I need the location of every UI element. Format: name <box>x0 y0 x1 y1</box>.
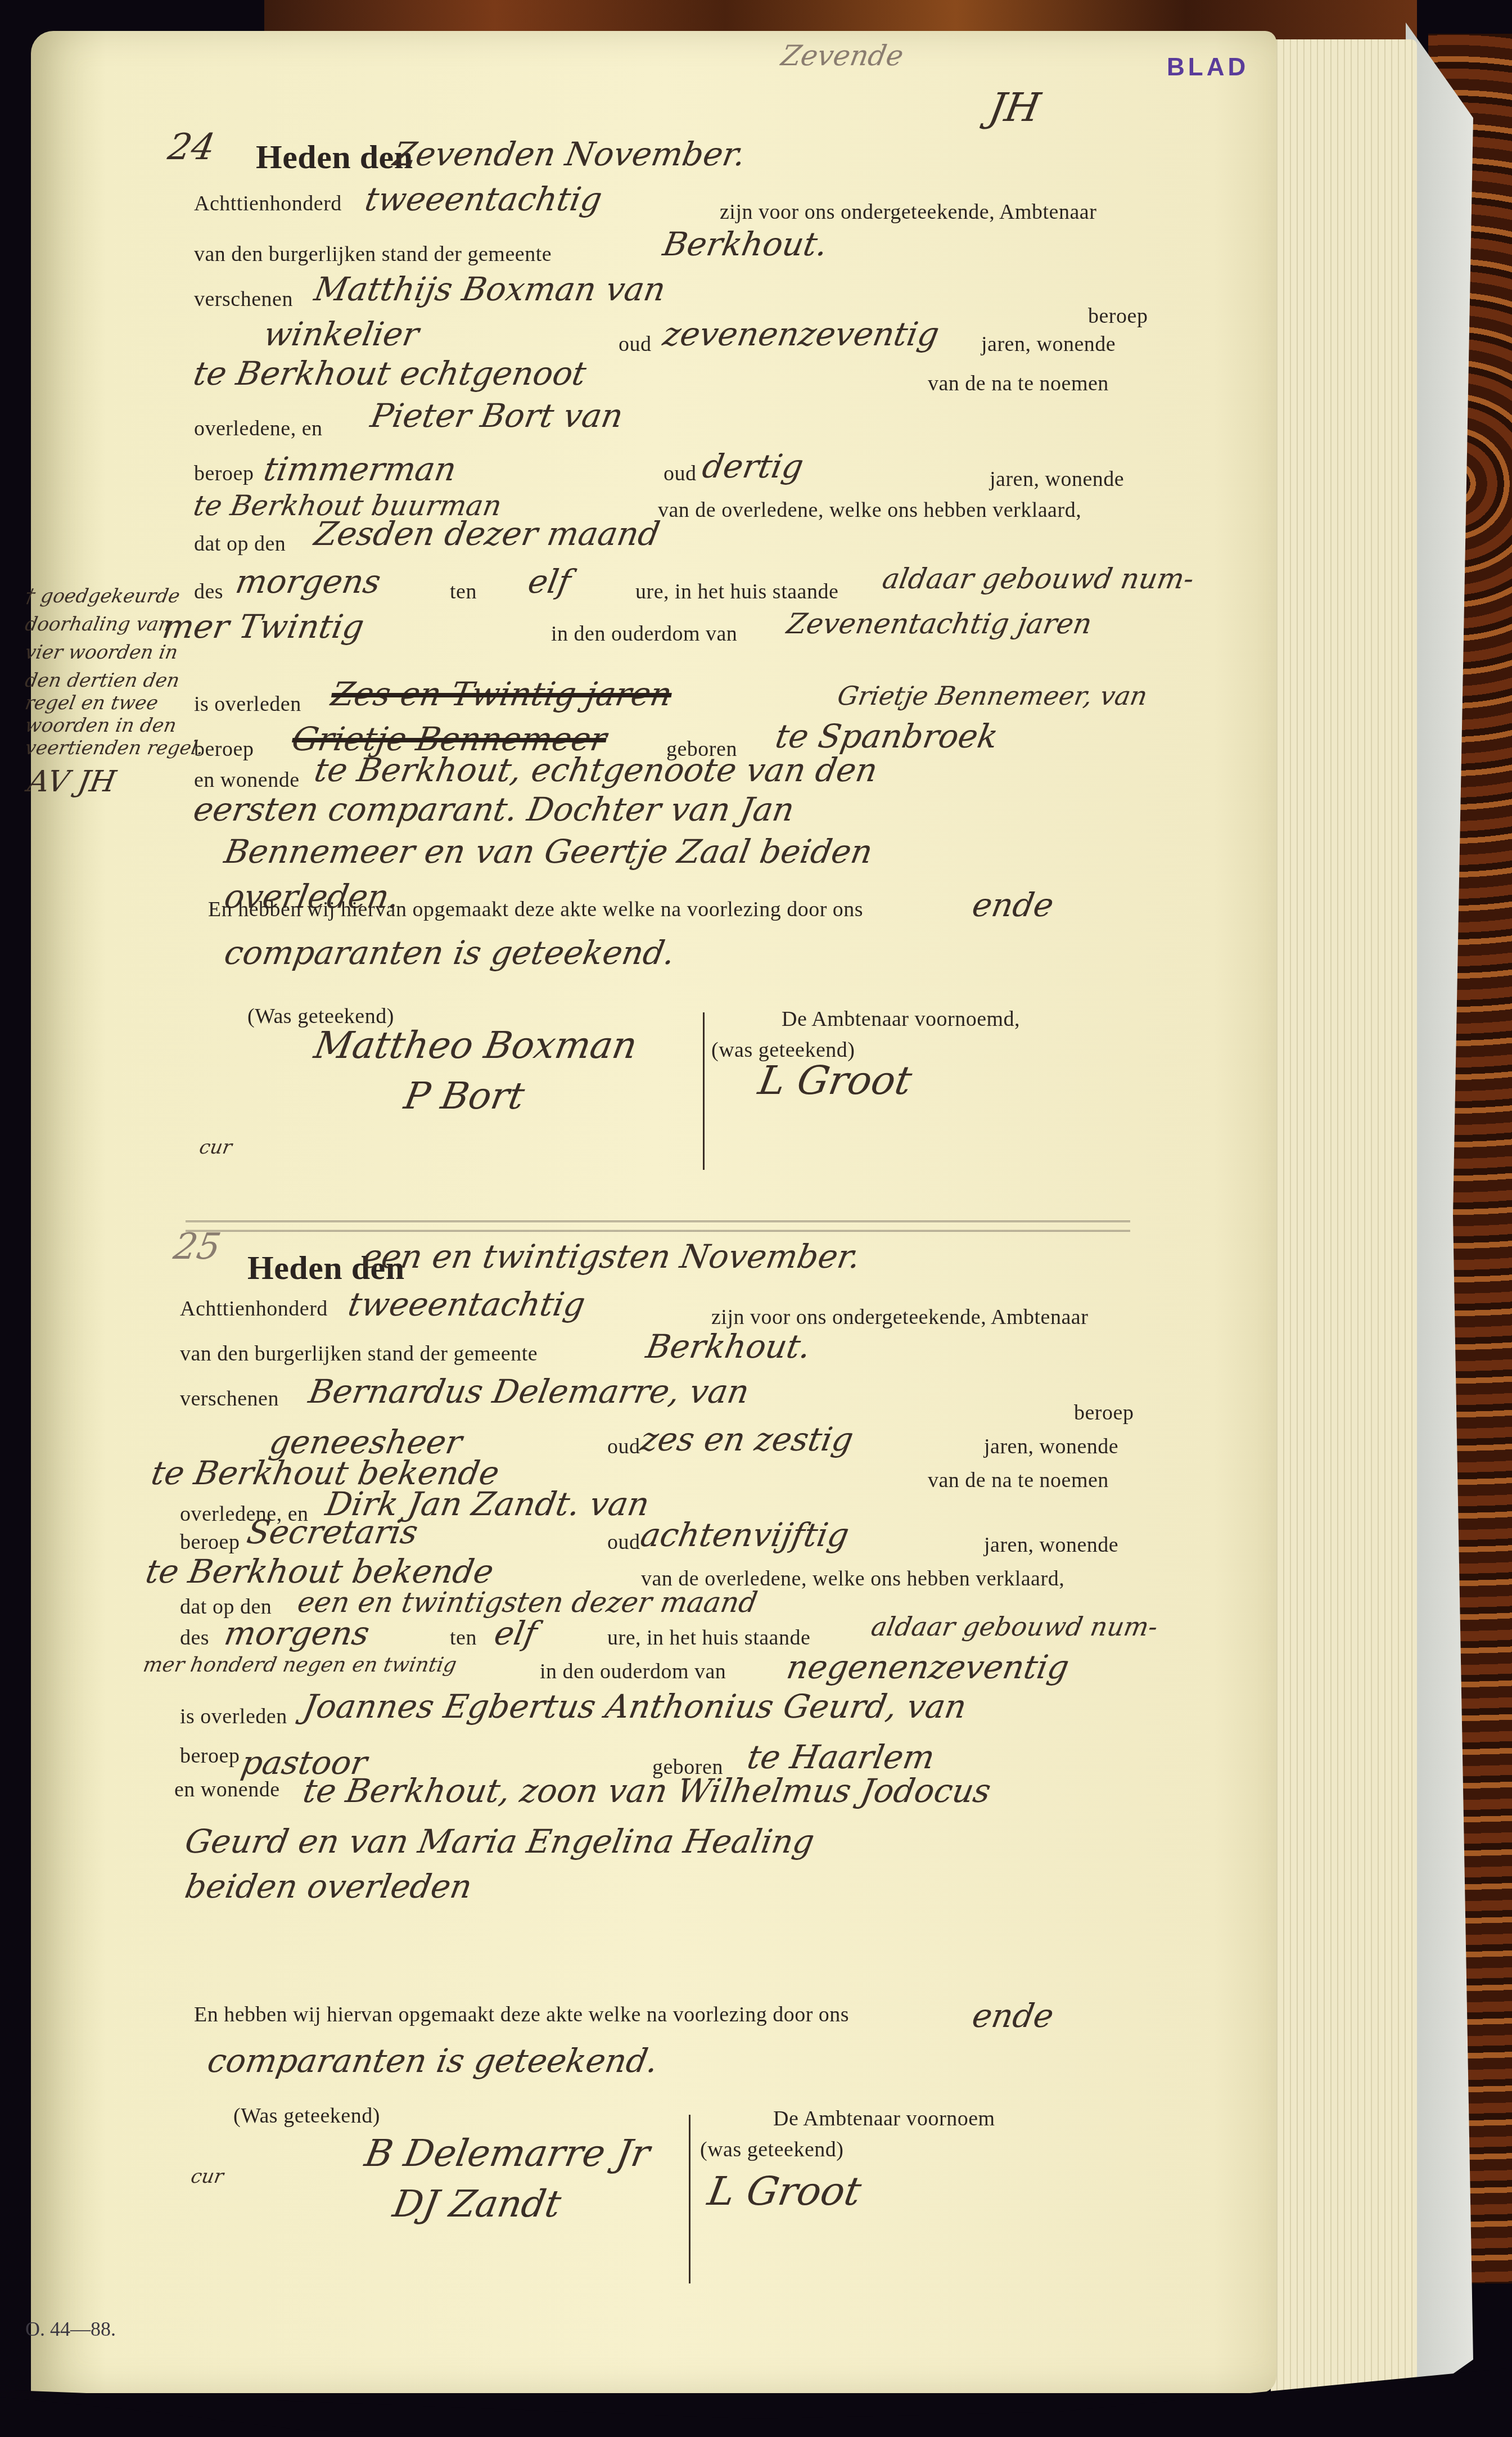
margin-note-line: doorhaling van <box>23 613 173 636</box>
printed-heden-den: Heden den <box>256 138 413 177</box>
signature-official: L Groot <box>755 1057 915 1103</box>
hw-age-deceased: negenenzeventig <box>784 1648 1072 1686</box>
margin-mark: cur <box>197 1136 233 1159</box>
signature-declarant2: DJ Zandt <box>390 2182 564 2226</box>
printed-beroep: beroep <box>180 1530 240 1555</box>
hw-time-of-day: morgens <box>233 562 383 601</box>
printed-jaren-wonende: jaren, wonende <box>990 467 1124 492</box>
hw-house: aldaar gebouwd num- <box>869 1611 1160 1642</box>
printed-des: des <box>194 579 223 604</box>
printed-na-te-noemen: van de na te noemen <box>928 371 1109 396</box>
hw-age2: dertig <box>699 447 806 485</box>
printed-en-wonende: en wonende <box>174 1777 280 1802</box>
printed-en-wonende: en wonende <box>194 768 300 792</box>
hw-deceased-struck: Zes en Twintig jaren <box>328 675 675 713</box>
signature-declarant1: B Delemarre Jr <box>362 2132 653 2175</box>
act-number: 24 <box>165 127 218 168</box>
act-number: 25 <box>170 1226 223 1268</box>
signature-declarant2: P Bort <box>401 1074 527 1118</box>
margin-mark: cur <box>189 2165 225 2188</box>
printed-en-hebben: En hebben wij hiervan opgemaakt deze akt… <box>194 2002 849 2027</box>
printed-jaren-wonende: jaren, wonende <box>981 332 1116 357</box>
printed-oud: oud <box>664 461 697 486</box>
printed-dat-op-den: dat op den <box>194 531 286 556</box>
hw-death-date: Zesden dezer maand <box>312 515 663 553</box>
printed-jaren-wonende: jaren, wonende <box>984 1533 1118 1557</box>
margin-note-line: veertienden regel. <box>23 737 205 759</box>
hw-house-number: mer honderd negen en twintig <box>141 1654 458 1677</box>
printed-ambtenaar-voornoemd: De Ambtenaar voornoem <box>773 2106 995 2131</box>
hw-declarant1: Bernardus Delemarre, van <box>306 1372 752 1411</box>
hw-occupation1: winkelier <box>261 315 422 353</box>
hw-hour: elf <box>491 1614 540 1652</box>
printed-van-de-overledene: van de overledene, welke ons hebben verk… <box>658 498 1081 522</box>
printed-beroep: beroep <box>194 461 254 486</box>
hw-declarant2: Pieter Bort van <box>368 397 626 435</box>
printed-en-hebben: En hebben wij hiervan opgemaakt deze akt… <box>208 897 863 922</box>
hw-year: tweeentachtig <box>345 1285 588 1323</box>
hw-declarant1: Matthijs Boxman van <box>312 270 669 308</box>
printed-is-overleden: is overleden <box>180 1704 287 1729</box>
hw-time-of-day: morgens <box>222 1614 372 1652</box>
hw-age1: zes en zestig <box>638 1420 856 1458</box>
blad-stamp: BLAD <box>1167 53 1249 82</box>
hw-residence: te Berkhout, zoon van Wilhelmus Jodocus <box>300 1772 994 1810</box>
printed-is-overleden: is overleden <box>194 692 301 717</box>
hw-deceased: Joannes Egbertus Anthonius Geurd, van <box>300 1687 969 1726</box>
printed-overledene-en: overledene, en <box>194 416 323 441</box>
printed-burgerlijken: van den burgerlijken stand der gemeente <box>194 242 552 267</box>
hw-closing-words: ende <box>969 1997 1057 2035</box>
printed-was-geteekend: (Was geteekend) <box>233 2103 380 2128</box>
printed-beroep: beroep <box>1074 1400 1134 1425</box>
margin-note-line: vier woorden in <box>23 641 179 664</box>
printed-ouderdom: in den ouderdom van <box>540 1659 726 1684</box>
margin-note-line: woorden in den <box>23 714 178 737</box>
hw-age-deceased: Zevenentachtig jaren <box>784 607 1094 640</box>
hw-closing-words: ende <box>969 886 1057 924</box>
hw-parents: Geurd en van Maria Engelina Healing <box>182 1822 817 1861</box>
printed-verschenen: verschenen <box>180 1386 279 1411</box>
printed-ten: ten <box>450 579 477 604</box>
margin-note-line: † goedgekeurde <box>23 585 182 607</box>
form-code: O. 44—88. <box>25 2317 116 2341</box>
hw-occupation2: Secretaris <box>244 1513 421 1551</box>
printed-jaren-wonende: jaren, wonende <box>984 1434 1118 1459</box>
printed-na-te-noemen: van de na te noemen <box>928 1468 1109 1493</box>
hw-year: tweeentachtig <box>362 180 605 218</box>
margin-note-line: regel en twee <box>23 692 160 714</box>
hw-residence-cont: eersten comparant. Dochter van Jan <box>191 790 797 828</box>
printed-ambtenaar-voornoemd: De Ambtenaar voornoemd, <box>782 1007 1020 1031</box>
printed-oud: oud <box>619 332 652 357</box>
printed-zijn-voor: zijn voor ons ondergeteekende, Ambtenaar <box>720 200 1096 224</box>
hw-age1: zevenenzeventig <box>660 315 942 353</box>
hw-residence: te Berkhout, echtgenoote van den <box>312 751 881 789</box>
margin-initials: AV JH <box>25 765 119 799</box>
printed-achttienhonderd: Achttienhonderd <box>194 191 342 216</box>
printed-ure: ure, in het huis staande <box>607 1625 810 1650</box>
page-edges <box>1271 39 1417 2418</box>
hw-closing-cont: comparanten is geteekend. <box>205 2042 661 2080</box>
printed-achttienhonderd: Achttienhonderd <box>180 1296 328 1321</box>
hw-deceased: Grietje Bennemeer, van <box>835 681 1150 711</box>
printed-ten: ten <box>450 1625 477 1650</box>
printed-beroep: beroep <box>180 1744 240 1768</box>
signature-declarant1: Mattheo Boxman <box>311 1024 640 1067</box>
section-divider <box>186 1220 1130 1232</box>
printed-burgerlijken: van den burgerlijken stand der gemeente <box>180 1341 538 1366</box>
printed-oud: oud <box>607 1530 640 1555</box>
hw-parents-cont: beiden overleden <box>182 1867 475 1906</box>
printed-oud: oud <box>607 1434 640 1459</box>
hw-municipality: Berkhout. <box>643 1327 814 1366</box>
hw-residence1: te Berkhout echtgenoot <box>191 354 589 393</box>
hw-closing-cont: comparanten is geteekend. <box>222 934 678 972</box>
hw-age2: achtenvijftig <box>638 1516 852 1554</box>
printed-des: des <box>180 1625 209 1650</box>
printed-text: Heden den <box>256 138 413 175</box>
printed-ure: ure, in het huis staande <box>635 579 838 604</box>
hw-birthplace: te Haarlem <box>744 1738 937 1776</box>
printed-beroep: beroep <box>1088 304 1148 328</box>
printed-verschenen: verschenen <box>194 287 293 312</box>
margin-note-line: den dertien den <box>23 669 181 692</box>
hw-house-number: mer Twintig <box>160 607 367 646</box>
hw-parents: Bennemeer en van Geertje Zaal beiden <box>222 832 875 871</box>
printed-ouderdom: in den ouderdom van <box>551 621 737 646</box>
hw-municipality: Berkhout. <box>660 225 831 263</box>
signature-divider <box>689 2115 690 2283</box>
signature-official: L Groot <box>705 2168 865 2214</box>
printed-was-geteekend: (was geteekend) <box>700 2137 843 2162</box>
hw-date: een en twintigsten November. <box>359 1237 864 1276</box>
hw-residence2: te Berkhout bekende <box>143 1552 497 1591</box>
signature-divider <box>703 1012 705 1170</box>
hw-birthplace: te Spanbroek <box>773 717 1001 755</box>
header-note: Zevende <box>779 39 906 72</box>
hw-occupation2: timmerman <box>261 450 459 488</box>
hw-house: aldaar gebouwd num- <box>880 562 1197 595</box>
printed-zijn-voor: zijn voor ons ondergeteekende, Ambtenaar <box>711 1305 1088 1330</box>
header-initials: JH <box>986 84 1044 130</box>
hw-hour: elf <box>525 562 574 601</box>
hw-date: Zevenden November. <box>390 135 748 173</box>
